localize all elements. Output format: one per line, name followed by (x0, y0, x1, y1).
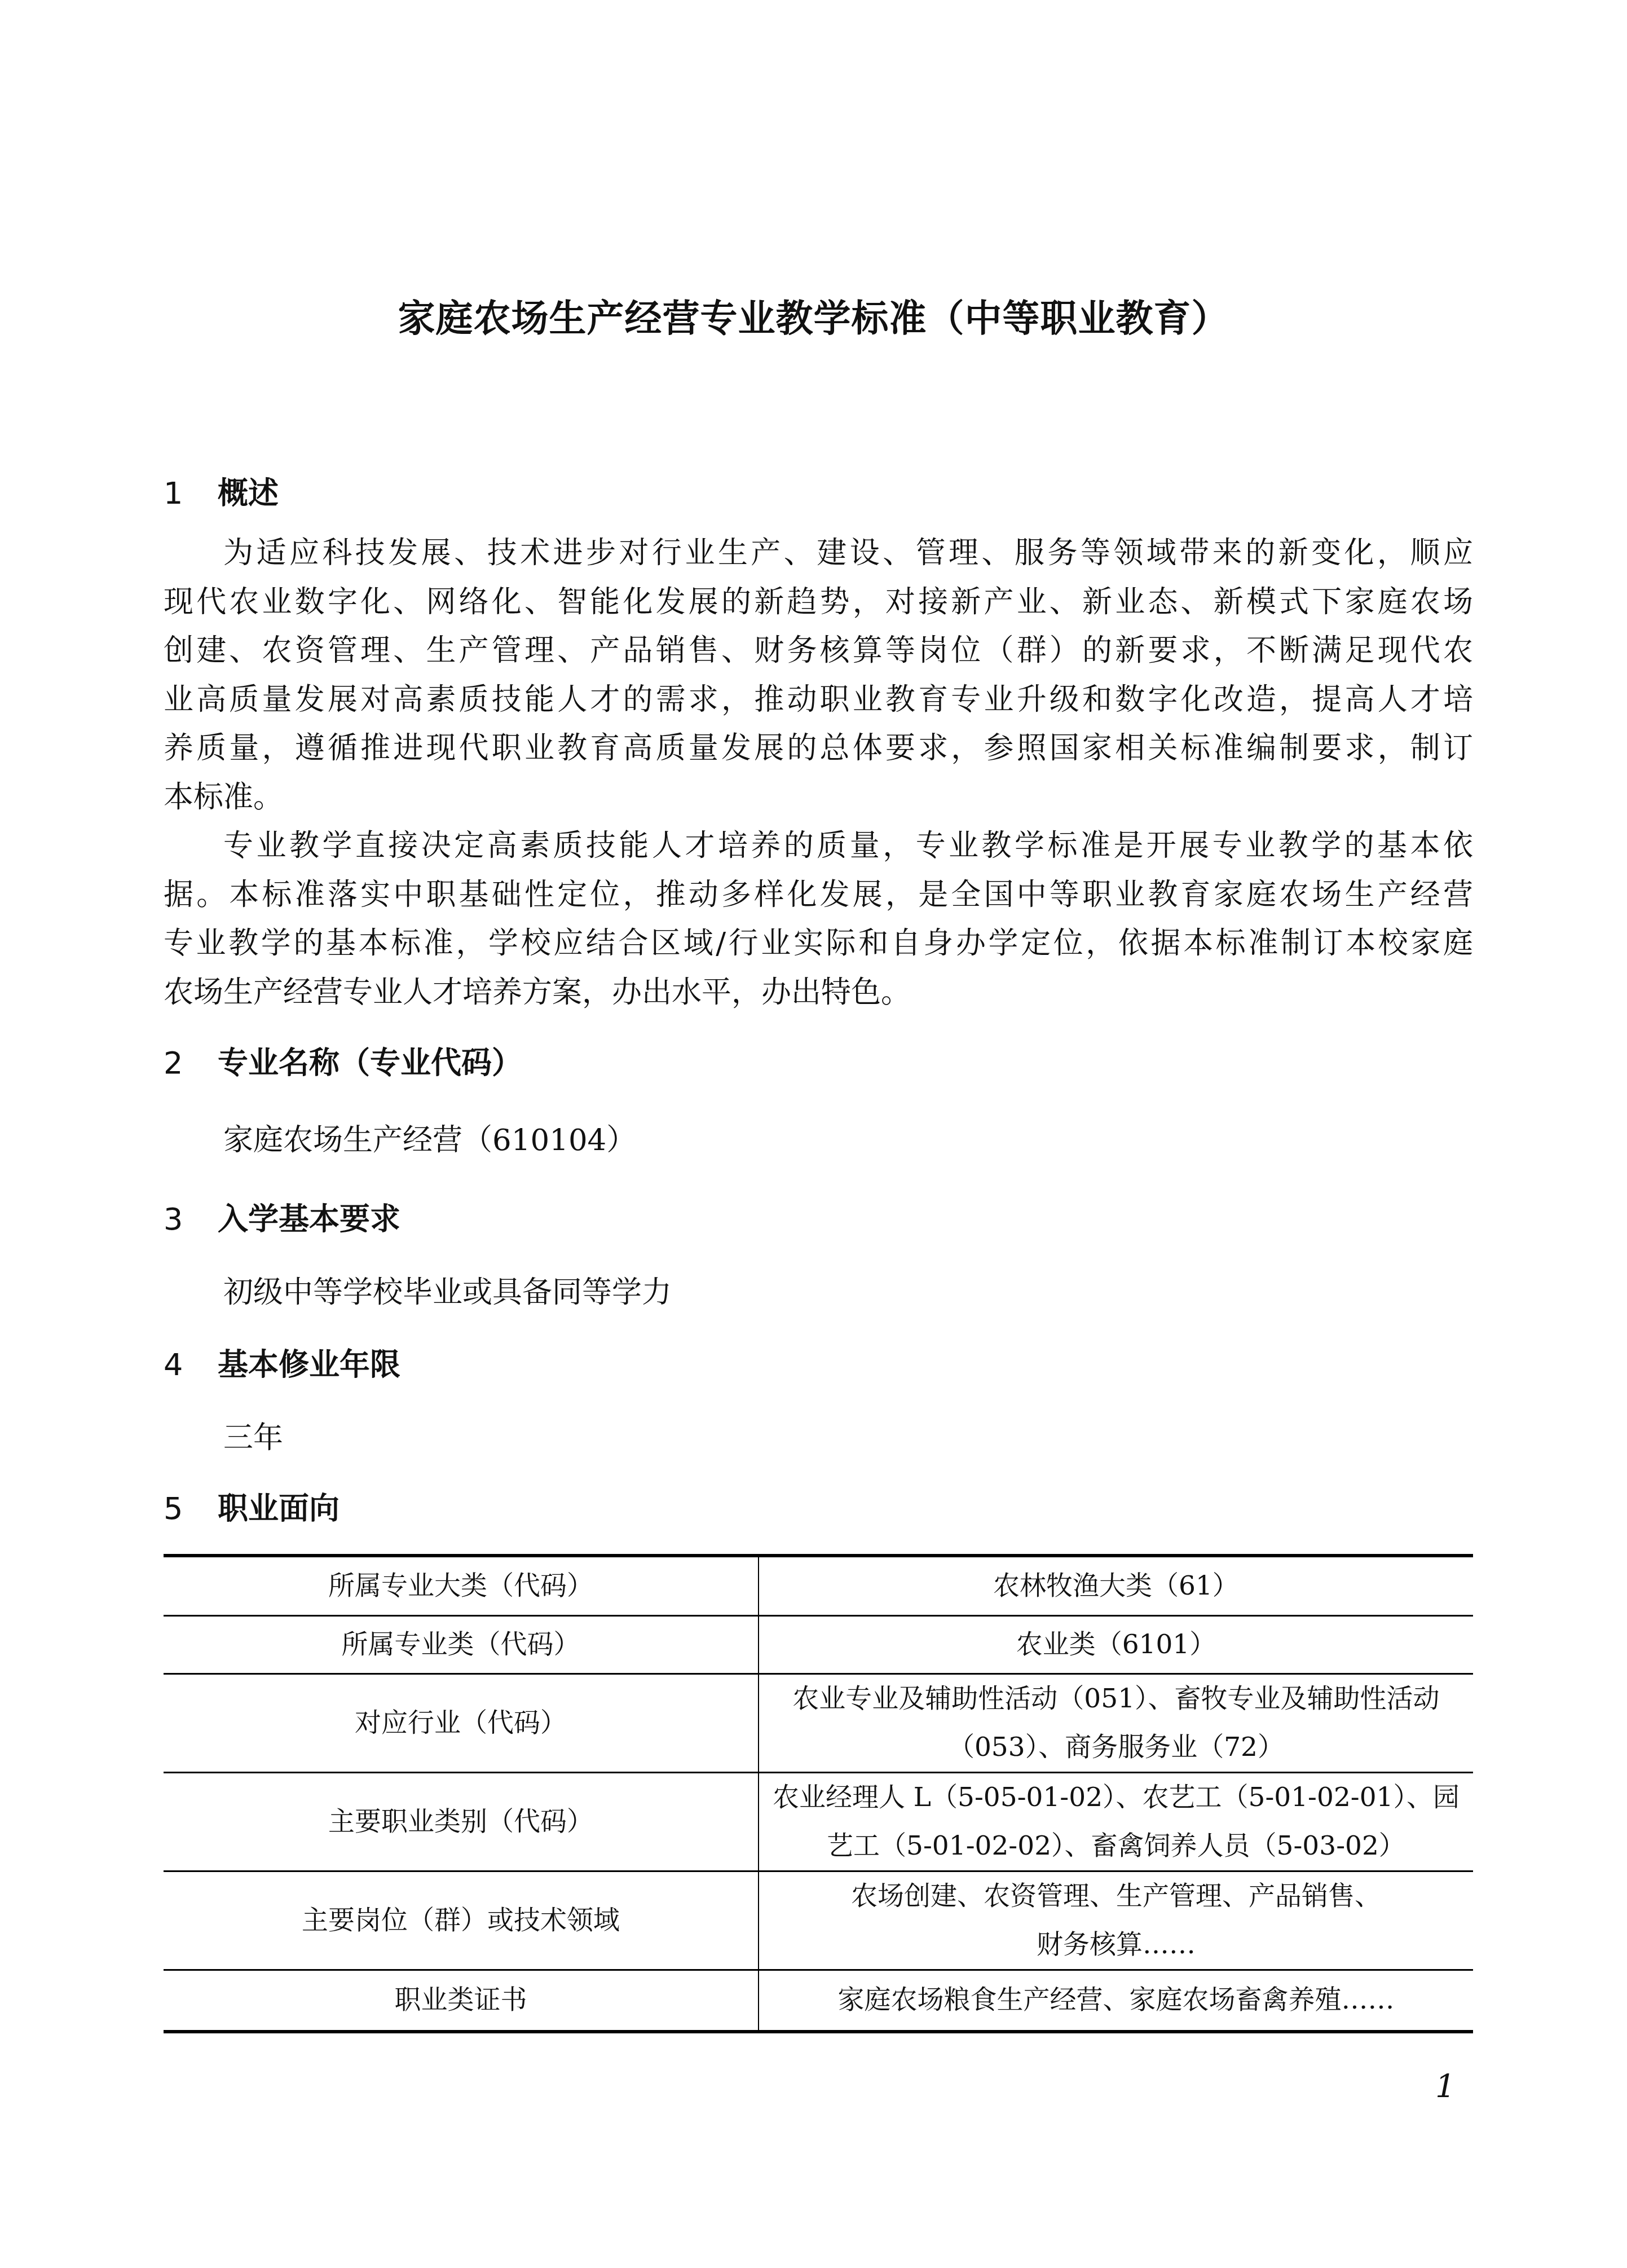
paragraph-line: 业高质量发展对高素质技能人才的需求，推动职业教育专业升级和数字化改造，提高人才培 (164, 676, 1473, 725)
cell-line: 农业经理人 L（5-05-01-02）、农艺工（5-01-02-01）、园 (773, 1773, 1460, 1822)
section-number: 4 (164, 1342, 218, 1388)
table-cell-label: 所属专业类（代码） (164, 1615, 759, 1674)
overview-paragraph-2: 专业教学直接决定高素质技能人才培养的质量，专业教学标准是开展专业教学的基本依 据… (164, 822, 1473, 1017)
admission-content: 初级中等学校毕业或具备同等学力 (223, 1270, 672, 1315)
section-number: 1 (164, 471, 218, 516)
paragraph-line: 本标准。 (164, 773, 1473, 822)
cell-line: 农业专业及辅助性活动（051）、畜牧专业及辅助性活动 (773, 1675, 1460, 1723)
paragraph-line: 专业教学直接决定高素质技能人才培养的质量，专业教学标准是开展专业教学的基本依 (164, 822, 1473, 871)
section-heading-2: 2专业名称（专业代码） (164, 1041, 522, 1086)
section-heading-4: 4基本修业年限 (164, 1342, 400, 1388)
table-cell-value: 农业经理人 L（5-05-01-02）、农艺工（5-01-02-01）、园 艺工… (759, 1772, 1473, 1871)
cell-line: 农业类（6101） (773, 1620, 1460, 1669)
cell-line: （053）、商务服务业（72） (773, 1723, 1460, 1772)
paragraph-line: 养质量，遵循推进现代职业教育高质量发展的总体要求，参照国家相关标准编制要求，制订 (164, 724, 1473, 773)
paragraph-line: 创建、农资管理、生产管理、产品销售、财务核算等岗位（群）的新要求，不断满足现代农 (164, 627, 1473, 676)
duration-content: 三年 (223, 1416, 283, 1461)
major-name-content: 家庭农场生产经营（610104） (223, 1118, 636, 1163)
paragraph-line: 据。本标准落实中职基础性定位，推动多样化发展，是全国中等职业教育家庭农场生产经营 (164, 871, 1473, 920)
table-row: 主要职业类别（代码） 农业经理人 L（5-05-01-02）、农艺工（5-01-… (164, 1772, 1473, 1871)
overview-paragraph-1: 为适应科技发展、技术进步对行业生产、建设、管理、服务等领域带来的新变化，顺应 现… (164, 529, 1473, 822)
table-row: 所属专业大类（代码） 农林牧渔大类（61） (164, 1556, 1473, 1615)
table-cell-label: 主要岗位（群）或技术领域 (164, 1871, 759, 1970)
cell-line: 艺工（5-01-02-02）、畜禽饲养人员（5-03-02） (773, 1822, 1460, 1870)
section-number: 3 (164, 1197, 218, 1242)
table-row: 职业类证书 家庭农场粮食生产经营、家庭农场畜禽养殖…… (164, 1970, 1473, 2032)
paragraph-line: 农场生产经营专业人才培养方案，办出水平，办出特色。 (164, 968, 1473, 1018)
table-cell-label: 对应行业（代码） (164, 1674, 759, 1772)
table-cell-value: 农业类（6101） (759, 1615, 1473, 1674)
section-heading-5: 5职业面向 (164, 1486, 339, 1531)
cell-line: 财务核算…… (773, 1921, 1460, 1969)
cell-line: 农场创建、农资管理、生产管理、产品销售、 (773, 1872, 1460, 1921)
section-title: 专业名称（专业代码） (218, 1045, 522, 1081)
section-heading-3: 3入学基本要求 (164, 1197, 400, 1242)
table-cell-label: 职业类证书 (164, 1970, 759, 2032)
table-row: 对应行业（代码） 农业专业及辅助性活动（051）、畜牧专业及辅助性活动 （053… (164, 1674, 1473, 1772)
cell-line: 家庭农场粮食生产经营、家庭农场畜禽养殖…… (773, 1976, 1460, 2024)
cell-line: 农林牧渔大类（61） (773, 1562, 1460, 1610)
paragraph-line: 为适应科技发展、技术进步对行业生产、建设、管理、服务等领域带来的新变化，顺应 (164, 529, 1473, 578)
table-cell-value: 家庭农场粮食生产经营、家庭农场畜禽养殖…… (759, 1970, 1473, 2032)
page-title: 家庭农场生产经营专业教学标准（中等职业教育） (0, 290, 1627, 347)
paragraph-line: 现代农业数字化、网络化、智能化发展的新趋势，对接新产业、新业态、新模式下家庭农场 (164, 578, 1473, 627)
table-row: 所属专业类（代码） 农业类（6101） (164, 1615, 1473, 1674)
table-cell-label: 所属专业大类（代码） (164, 1556, 759, 1615)
page-number: 1 (1435, 2064, 1456, 2110)
section-title: 概述 (218, 475, 279, 511)
table-row: 主要岗位（群）或技术领域 农场创建、农资管理、生产管理、产品销售、 财务核算…… (164, 1871, 1473, 1970)
section-title: 职业面向 (218, 1491, 339, 1526)
table-cell-value: 农场创建、农资管理、生产管理、产品销售、 财务核算…… (759, 1871, 1473, 1970)
section-title: 入学基本要求 (218, 1201, 400, 1237)
section-title: 基本修业年限 (218, 1347, 400, 1382)
table-cell-value: 农林牧渔大类（61） (759, 1556, 1473, 1615)
paragraph-line: 专业教学的基本标准，学校应结合区域/行业实际和自身办学定位，依据本标准制订本校家… (164, 919, 1473, 968)
career-orientation-table: 所属专业大类（代码） 农林牧渔大类（61） 所属专业类（代码） 农业类（6101… (164, 1554, 1473, 2033)
table-cell-label: 主要职业类别（代码） (164, 1772, 759, 1871)
section-number: 2 (164, 1041, 218, 1086)
section-number: 5 (164, 1486, 218, 1531)
section-heading-1: 1概述 (164, 471, 279, 516)
table-cell-value: 农业专业及辅助性活动（051）、畜牧专业及辅助性活动 （053）、商务服务业（7… (759, 1674, 1473, 1772)
